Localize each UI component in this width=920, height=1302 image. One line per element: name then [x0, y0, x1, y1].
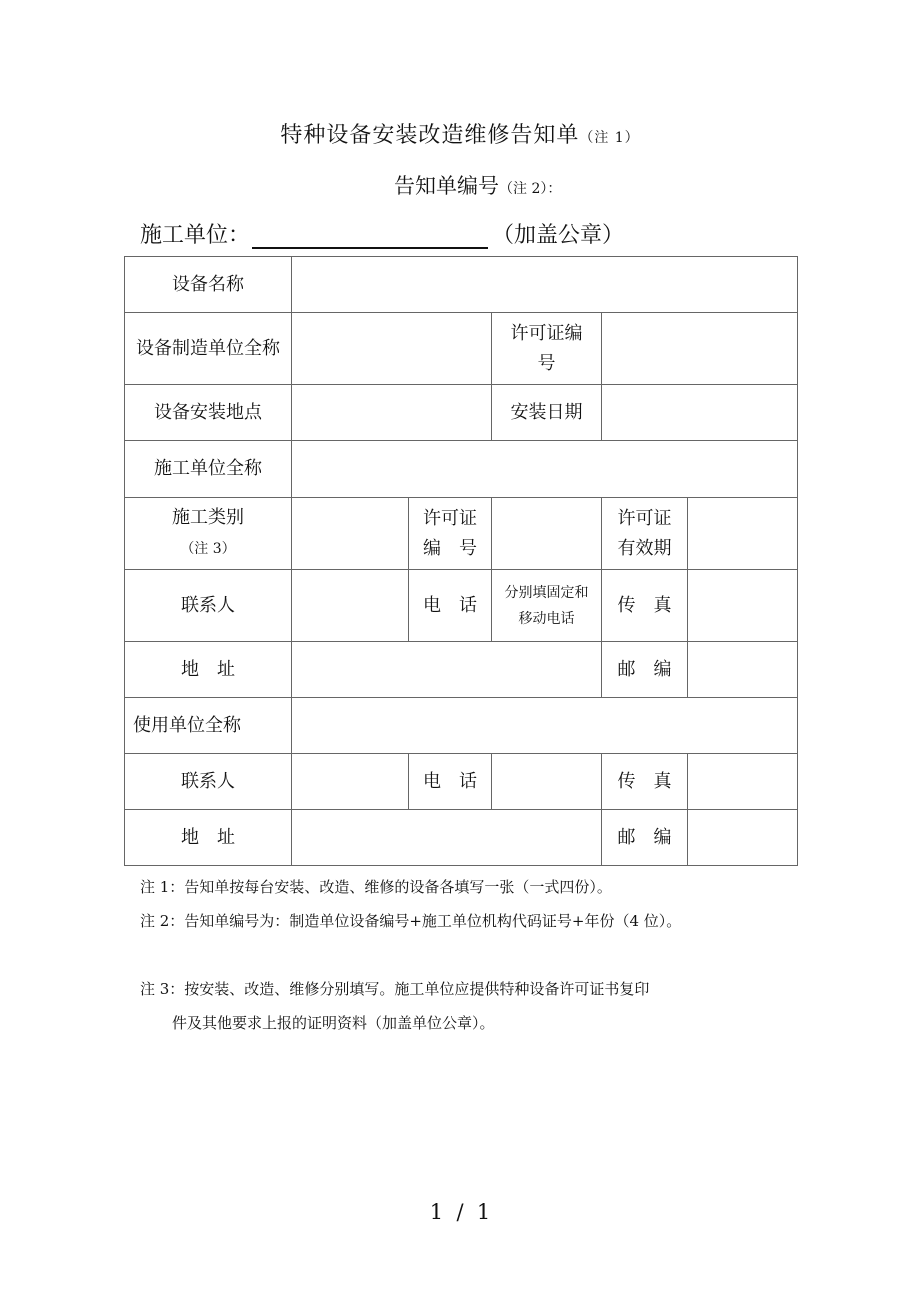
contractor-contact-label: 联系人 [125, 570, 292, 642]
row-user-contact: 联系人 电 话 传 真 [125, 754, 798, 810]
contractor-zip-label: 邮 编 [602, 642, 688, 698]
form-title: 特种设备安装改造维修告知单（注 1） [0, 118, 920, 149]
install-location-field[interactable] [292, 385, 492, 441]
row-manufacturer: 设备制造单位全称 许可证编 号 [125, 313, 798, 385]
user-address-field[interactable] [292, 810, 602, 866]
contractor-zip-field[interactable] [688, 642, 798, 698]
user-phone-field[interactable] [492, 754, 602, 810]
note-1: 注 1：告知单按每台安装、改造、维修的设备各填写一张（一式四份）。 [140, 876, 612, 898]
work-license-field[interactable] [492, 498, 602, 570]
work-type-label: 施工类别（注 3） [125, 498, 292, 570]
manufacturer-license-label: 许可证编 号 [492, 313, 602, 385]
note-3: 注 3：按安装、改造、维修分别填写。施工单位应提供特种设备许可证书复印 [140, 978, 649, 1000]
row-user-address: 地 址 邮 编 [125, 810, 798, 866]
user-phone-label: 电 话 [409, 754, 492, 810]
manufacturer-license-field[interactable] [602, 313, 798, 385]
contractor-line: 施工单位： （加盖公章） [140, 218, 624, 249]
seal-note: （加盖公章） [492, 218, 624, 249]
user-zip-label: 邮 编 [602, 810, 688, 866]
title-text: 特种设备安装改造维修告知单 [280, 123, 579, 148]
user-zip-field[interactable] [688, 810, 798, 866]
contractor-address-label: 地 址 [125, 642, 292, 698]
contractor-name-label: 施工单位全称 [125, 441, 292, 498]
equipment-name-field[interactable] [292, 257, 798, 313]
user-contact-label: 联系人 [125, 754, 292, 810]
contractor-phone-label: 电 话 [409, 570, 492, 642]
contractor-phone-field[interactable]: 分别填固定和移动电话 [492, 570, 602, 642]
manufacturer-label: 设备制造单位全称 [125, 313, 292, 385]
install-date-field[interactable] [602, 385, 798, 441]
note-2: 注 2：告知单编号为：制造单位设备编号+施工单位机构代码证号+年份（4 位）。 [140, 910, 681, 932]
row-contractor-contact: 联系人 电 话 分别填固定和移动电话 传 真 [125, 570, 798, 642]
row-contractor-address: 地 址 邮 编 [125, 642, 798, 698]
notice-number-line: 告知单编号（注 2）： [394, 170, 561, 200]
row-install-location: 设备安装地点 安装日期 [125, 385, 798, 441]
row-user-name: 使用单位全称 [125, 698, 798, 754]
contractor-contact-field[interactable] [292, 570, 409, 642]
notice-number-note: （注 2） [499, 181, 547, 197]
equipment-name-label: 设备名称 [125, 257, 292, 313]
row-equipment-name: 设备名称 [125, 257, 798, 313]
work-license-label: 许可证编 号 [409, 498, 492, 570]
contractor-fax-label: 传 真 [602, 570, 688, 642]
contractor-input[interactable] [252, 223, 488, 249]
notice-number-colon: ： [547, 181, 561, 197]
install-date-label: 安装日期 [492, 385, 602, 441]
title-note: （注 1） [579, 130, 639, 146]
row-work-type: 施工类别（注 3） 许可证编 号 许可证有效期 [125, 498, 798, 570]
contractor-name-field[interactable] [292, 441, 798, 498]
user-fax-field[interactable] [688, 754, 798, 810]
install-location-label: 设备安装地点 [125, 385, 292, 441]
license-validity-field[interactable] [688, 498, 798, 570]
work-type-field[interactable] [292, 498, 409, 570]
note-3-continued: 件及其他要求上报的证明资料（加盖单位公章）。 [172, 1012, 495, 1034]
license-validity-label: 许可证有效期 [602, 498, 688, 570]
page-number: 1 / 1 [0, 1200, 920, 1224]
work-type-label-text: 施工类别 [172, 507, 244, 528]
contractor-address-field[interactable] [292, 642, 602, 698]
contractor-label: 施工单位： [140, 218, 250, 249]
contractor-fax-field[interactable] [688, 570, 798, 642]
user-contact-field[interactable] [292, 754, 409, 810]
notice-form-table: 设备名称 设备制造单位全称 许可证编 号 设备安装地点 安装日期 施工单位全称 … [124, 256, 798, 866]
user-address-label: 地 址 [125, 810, 292, 866]
notice-number-label: 告知单编号 [394, 174, 499, 198]
manufacturer-field[interactable] [292, 313, 492, 385]
user-name-label: 使用单位全称 [125, 698, 292, 754]
user-fax-label: 传 真 [602, 754, 688, 810]
row-contractor-name: 施工单位全称 [125, 441, 798, 498]
user-name-field[interactable] [292, 698, 798, 754]
work-type-note: （注 3） [180, 541, 235, 557]
